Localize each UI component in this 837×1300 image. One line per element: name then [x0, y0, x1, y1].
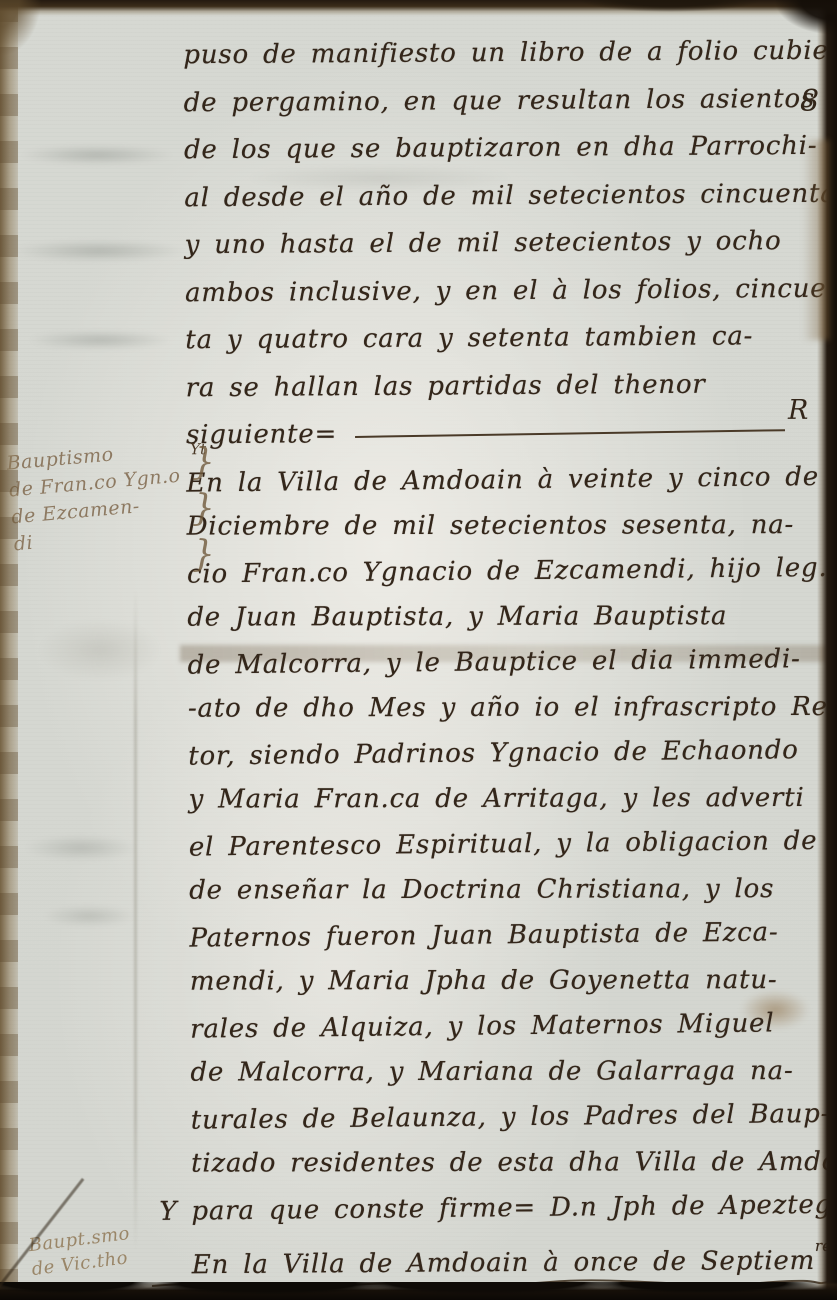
- text-line: Paternos fueron Juan Bauptista de Ezca-: [189, 909, 837, 962]
- text-line: rales de Alquiza, y los Maternos Miguel: [190, 1000, 837, 1053]
- text-line: de pergamino, en que resultan los asient…: [184, 75, 837, 127]
- text-line: ambos inclusive, y en el à los folios, c…: [185, 265, 837, 317]
- text-line: mendi, y Maria Jpha de Goyenetta natu-: [190, 957, 837, 1004]
- bleed-through-smudge: [26, 835, 136, 861]
- text-line: el Parentesco Espiritual, y la obligacio…: [189, 818, 837, 871]
- text-line: turales de Belaunza, y los Padres del Ba…: [191, 1091, 837, 1144]
- manuscript-page: puso de manifiesto un libro de a folio c…: [0, 0, 837, 1300]
- text-line: tizado residentes de esta dha Villa de A…: [191, 1139, 837, 1186]
- text-line: cio Fran.co Ygnacio de Ezcamendi, hijo l…: [187, 545, 837, 598]
- text-line: Diciembre de mil setecientos sesenta, na…: [187, 502, 837, 549]
- flourish-rule: [355, 429, 785, 438]
- edge-stain: [803, 140, 829, 340]
- bleed-through-smudge: [40, 620, 160, 680]
- text-line: al desde el año de mil setecientos cincu…: [184, 170, 837, 222]
- text-line: ta y quatro cara y setenta tambien ca-: [185, 312, 837, 364]
- scan-edge-bottom: [0, 1282, 837, 1300]
- paragraph-baptism-record: Yt En la Villa de Amdoain à veinte y cin…: [186, 455, 837, 1234]
- text-line: de Malcorra, y Mariana de Galarraga na-: [190, 1048, 837, 1095]
- brace-glyph: }: [192, 440, 215, 486]
- text-line: de Malcorra, y le Bauptice el dia immedi…: [187, 636, 837, 689]
- corner-stain: [0, 0, 70, 90]
- corner-shadow: [747, 0, 837, 60]
- margin-brace-flourish: } } }: [192, 440, 215, 578]
- text-line: de los que se bauptizaron en dha Parroch…: [184, 122, 837, 174]
- brace-glyph: }: [192, 486, 215, 532]
- bleed-through-smudge: [22, 145, 172, 165]
- text-line: y Maria Fran.ca de Arritaga, y les adver…: [189, 775, 837, 822]
- page-binding-edge: [0, 0, 18, 1300]
- text-line: -ato de dho Mes y año io el infrascripto…: [188, 684, 837, 731]
- text-line: y uno hasta el de mil setecientos y ocho: [185, 217, 837, 269]
- text-fragment: Y para que conste firme= D.n Jph de Apez…: [159, 1189, 837, 1227]
- brace-glyph: }: [192, 532, 215, 578]
- text-line: En la Villa de Amdoain à veinte y cinco …: [186, 454, 837, 507]
- flourish-mark: R: [788, 395, 808, 426]
- text-line-siguiente: siguiente=: [186, 407, 837, 459]
- text-line: puso de manifiesto un libro de a folio c…: [183, 27, 837, 79]
- text-line: de Juan Bauptista, y Maria Bauptista: [187, 593, 837, 640]
- text-line: tor, siendo Padrinos Ygnacio de Echaondo: [188, 727, 837, 780]
- bleed-through-smudge: [30, 330, 170, 350]
- margin-note-baptism-ezcamendi: Bauptismo de Fran.co Ygn.o de Ezcamen- d…: [6, 436, 187, 559]
- paper-crease: [134, 590, 137, 1250]
- bleed-through-smudge: [44, 905, 134, 927]
- text-line: de enseñar la Doctrina Christiana, y los: [189, 866, 837, 913]
- paragraph-next-record-start: En la Villa de Amdoain à once de Septiem…: [192, 1225, 837, 1270]
- bleed-through-smudge: [14, 240, 184, 262]
- text-line: En la Villa de Amdoain à once de Septiem…: [192, 1225, 837, 1270]
- text-line: ra se hallan las partidas del thenor: [186, 360, 837, 412]
- paragraph-book-description: puso de manifiesto un libro de a folio c…: [183, 27, 837, 459]
